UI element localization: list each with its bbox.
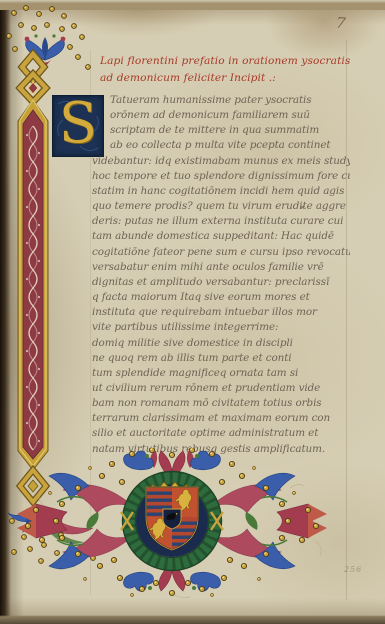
text-line: terrarum clarissimam et maximam eorum co… (92, 411, 350, 426)
text-line: Tatueram humanissime pater ysocratis (92, 93, 350, 108)
text-line: tum splendide magnificeq ornata tam si (92, 366, 350, 381)
text-line: videbantur: idq existimabam munus ex mei… (92, 154, 350, 169)
text-line: orōnem ad demonicum familiarem suū (92, 108, 350, 123)
text-line: ut civilium rerum rōnem et prudentiam vi… (92, 381, 350, 396)
book-gutter-shadow (0, 0, 11, 624)
text-line: quo temere prodis? quem tu virum erudite… (92, 199, 350, 214)
text-line: q facta maiorum Itaq sive eorum mores et (92, 290, 350, 305)
text-line: statim in hanc cogitatiōnem incidi hem q… (92, 184, 350, 199)
text-line: cogitatiōne fateor pene sum e cursu ipso… (92, 245, 350, 260)
text-line: ne quoq rem ab illis tum parte et conti (92, 351, 350, 366)
folio-number: 7 (335, 14, 346, 33)
text-line: deris: putas ne illum externa instituta … (92, 214, 350, 229)
manuscript-photo: 7 256 (0, 0, 385, 624)
text-line: natam virtutibus rebusq gestis amplifica… (92, 442, 350, 457)
text-line: instituta que requirebam intuebar illos … (92, 305, 350, 320)
body-text: Tatueram humanissime pater ysocratis orō… (92, 93, 350, 457)
text-line: tam abunde domestica suppeditant: Hac qu… (92, 229, 350, 244)
text-line: bam non romanam mō civitatem totius orbi… (92, 396, 350, 411)
text-line: ab eo collecta p multa vite pcepta conti… (92, 138, 350, 153)
page-bottom-edge (0, 615, 385, 624)
text-line: silio et auctoritate optime administratu… (92, 426, 350, 441)
pencil-number: 256 (344, 565, 362, 574)
text-line: dignitas et amplitudo versabantur: precl… (92, 275, 350, 290)
page-top-edge (0, 0, 385, 10)
text-line: domiq militie sive domestice in discipli (92, 336, 350, 351)
rubric-line: ad demonicum feliciter Incipit .: (100, 70, 350, 87)
rubric: Lapi florentini prefatio in orationem ys… (100, 53, 350, 86)
text-line: hoc tempore et tuo splendore dignissimum… (92, 169, 350, 184)
rubric-line: Lapi florentini prefatio in orationem ys… (100, 53, 350, 70)
text-line: vite partibus utilissime integerrime: (92, 320, 350, 335)
text-line: versabatur enim mihi ante oculos familie… (92, 260, 350, 275)
text-line: scriptam de te mittere in qua summatim (92, 123, 350, 138)
